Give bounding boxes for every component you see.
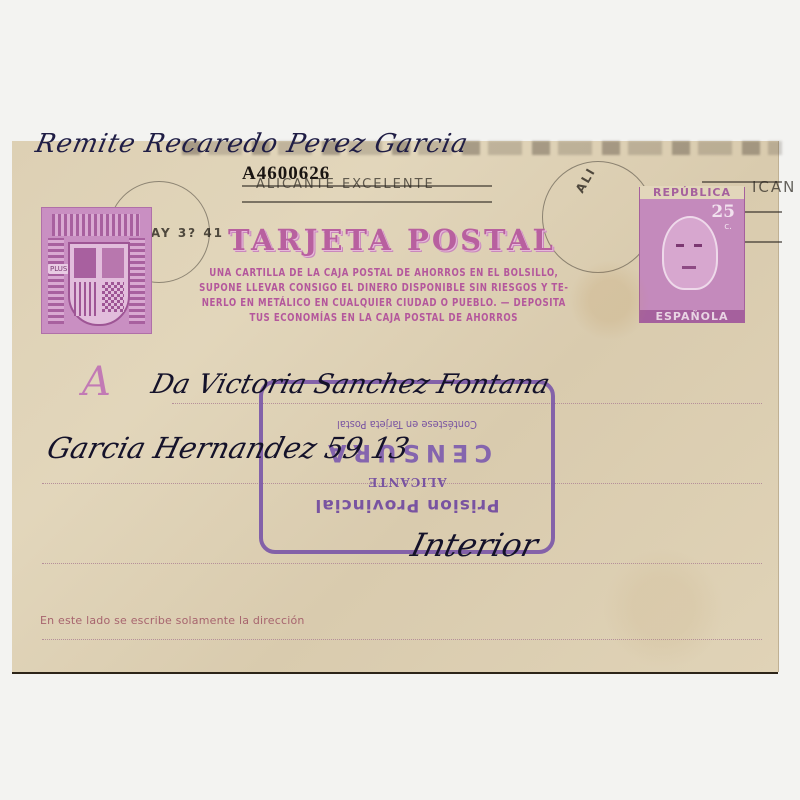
slogan-line: SUPONE LLEVAR CONSIGO EL DINERO DISPONIB…	[182, 281, 586, 296]
stamp-unit: c.	[724, 222, 732, 232]
castle-icon	[74, 248, 96, 278]
cancellation-fragment: ICAN	[752, 178, 796, 196]
slogan-line: TUS ECONOMÍAS EN LA CAJA POSTAL DE AHORR…	[182, 311, 586, 326]
stamp-country-2: ESPAÑOLA	[640, 310, 744, 323]
address-line-3: Interior	[407, 526, 542, 564]
postage-stamp: REPÚBLICA 25 c. ESPAÑOLA	[639, 187, 745, 323]
shield-icon	[68, 242, 130, 326]
card-title: TARJETA POSTAL	[228, 223, 556, 257]
censor-institution: Prision Provincial	[314, 496, 499, 516]
address-guideline	[42, 563, 762, 564]
pillar-right	[129, 238, 145, 324]
coat-of-arms: PLUS	[41, 207, 152, 334]
bars-icon	[74, 282, 96, 316]
sender-handwriting: Remite Recaredo Perez Garcia	[33, 129, 471, 159]
stamp-value: 25	[711, 202, 735, 222]
address-line-2: Garcia Hernandez 59 13	[44, 431, 413, 465]
cancel-bar	[242, 201, 492, 203]
crown-icon	[52, 214, 140, 236]
address-line-1: Da Victoria Sanchez Fontana	[148, 369, 553, 400]
slogan-line: UNA CARTILLA DE LA CAJA POSTAL DE AHORRO…	[182, 266, 586, 281]
motto-ribbon: PLUS	[48, 264, 69, 274]
lion-icon	[102, 248, 124, 278]
republic-portrait-icon	[662, 216, 718, 290]
censor-reply-note: Contéstese en Tarjeta Postal	[337, 419, 477, 432]
censor-city: ALICANTE	[367, 476, 446, 490]
cancellation-slogan: ALICANTE EXCELENTE	[256, 177, 435, 192]
slogan-line: NERLO EN METÁLICO EN CUALQUIER CIUDAD O …	[182, 296, 586, 311]
address-prefix: A	[82, 359, 111, 405]
postcard: Remite Recaredo Perez Garcia A4600626 AL…	[12, 141, 778, 672]
address-only-note: En este lado se escribe solamente la dir…	[40, 614, 305, 627]
pillar-left	[48, 238, 64, 324]
stamp-country: REPÚBLICA	[640, 186, 744, 199]
address-guideline	[42, 639, 762, 640]
chains-icon	[102, 282, 124, 312]
savings-slogan: UNA CARTILLA DE LA CAJA POSTAL DE AHORRO…	[182, 266, 586, 326]
postmark-circle	[542, 161, 654, 273]
